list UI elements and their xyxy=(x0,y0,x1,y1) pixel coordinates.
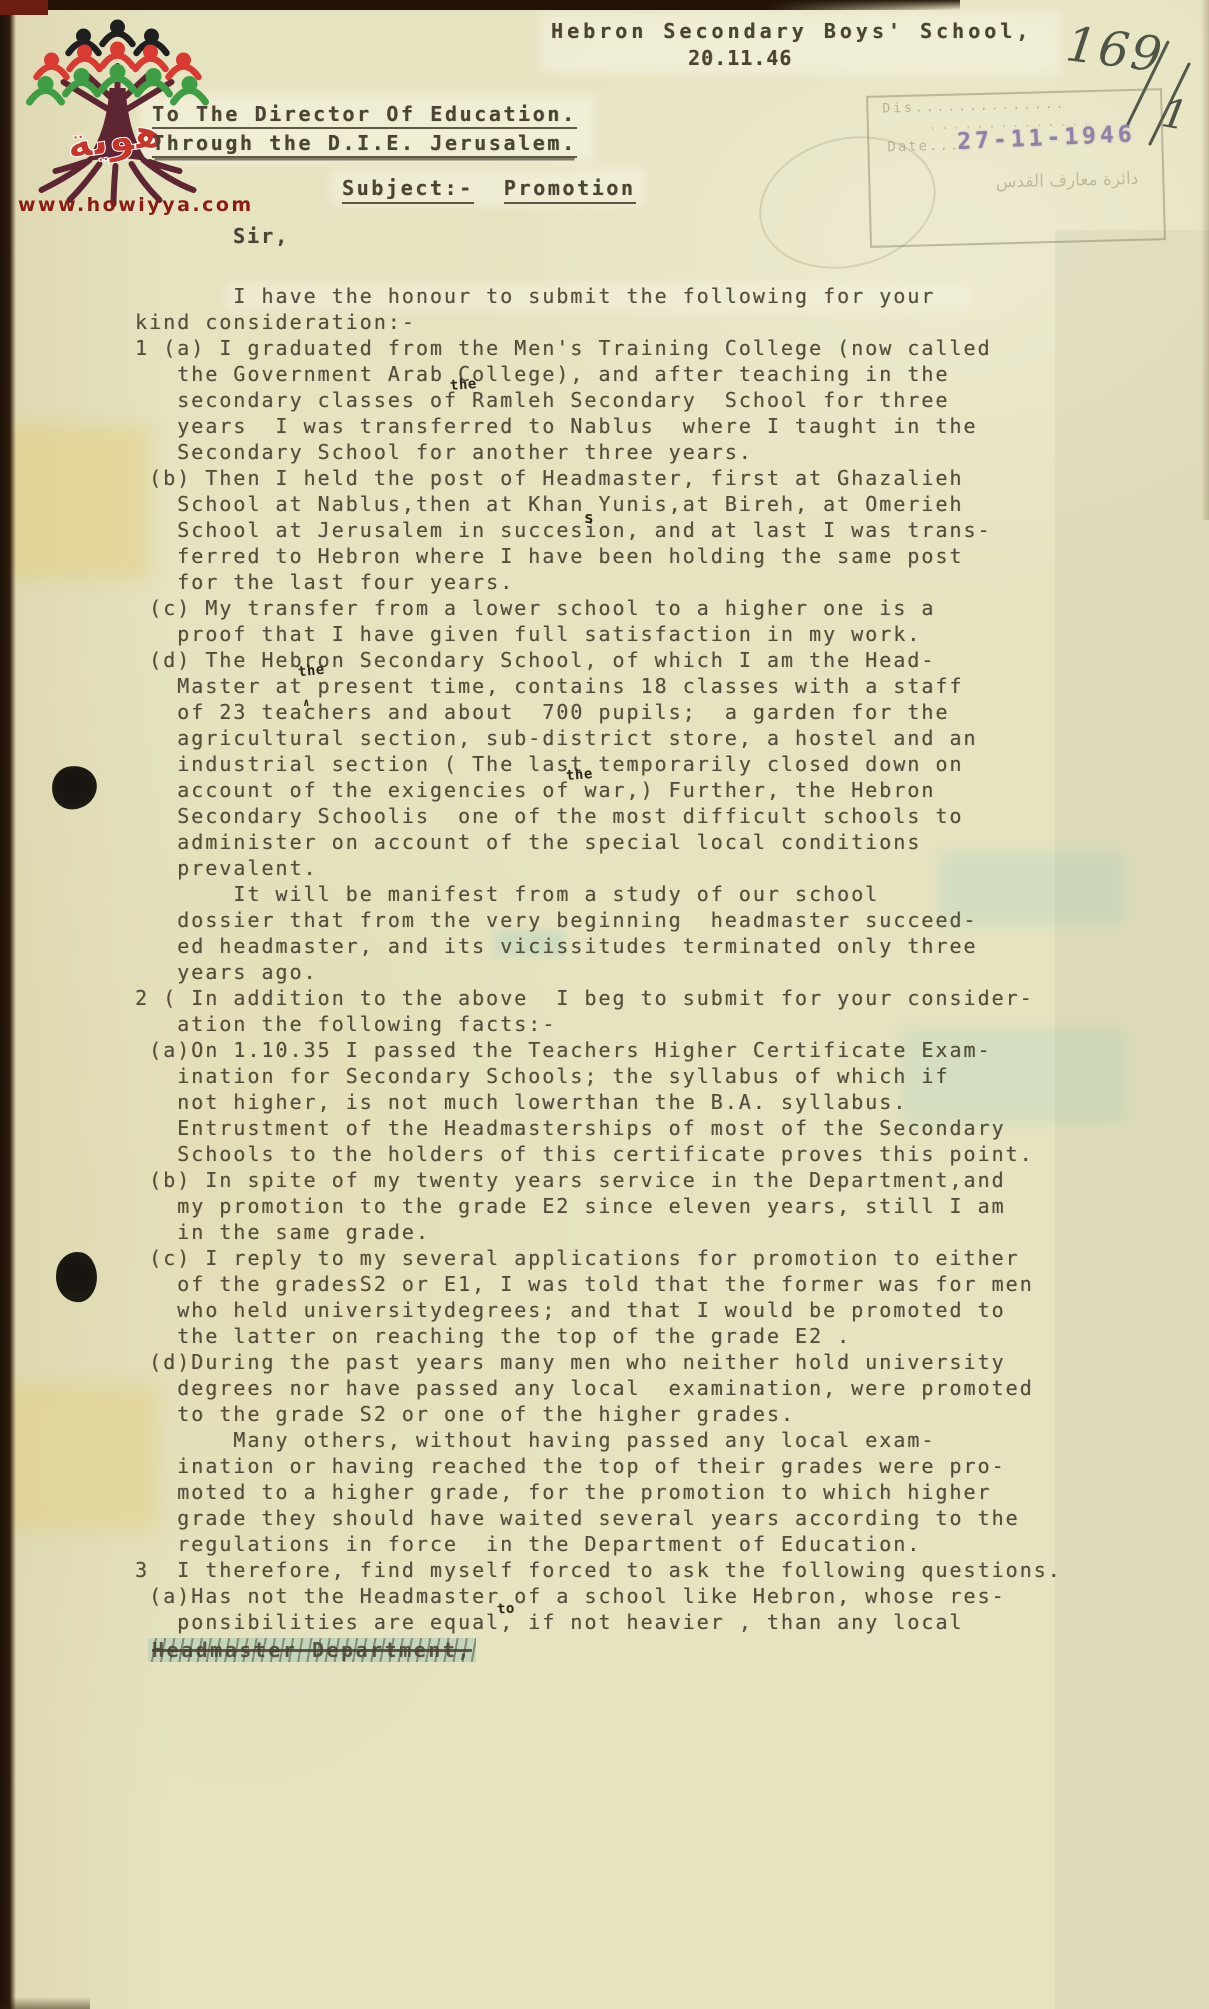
insertion-caret: ∧ xyxy=(303,696,310,709)
insertion-the-1: the xyxy=(449,376,477,394)
letter-body: I have the honour to submit the followin… xyxy=(135,283,1062,1635)
insertion-s: s xyxy=(584,508,594,527)
ink-blob xyxy=(49,763,100,812)
watermark-url: www.howiyya.com xyxy=(18,194,254,216)
address-line-2: Through the D.I.E. Jerusalem. xyxy=(152,131,577,158)
page-edge-top xyxy=(0,0,960,10)
salutation: Sir, xyxy=(233,224,289,248)
subject-value: Promotion xyxy=(504,176,636,204)
stamp-line: Dis.............. xyxy=(882,97,1066,117)
paper-stain xyxy=(0,425,150,580)
letter-date: 20.11.46 xyxy=(688,46,792,70)
struck-out-line: Headmaster Department, xyxy=(148,1638,476,1662)
stamp-arabic-line: دائرة معارف القدس xyxy=(888,169,1138,196)
received-stamp: Dis.............. .............. Date...… xyxy=(866,88,1166,248)
paper-shading xyxy=(1055,230,1209,2009)
insertion-the-3: the xyxy=(565,766,593,784)
page-edge-right xyxy=(1201,0,1209,520)
insertion-the-2: the xyxy=(297,662,325,681)
address-line-1: To The Director Of Education. xyxy=(152,102,577,129)
page-edge-left xyxy=(0,0,16,2009)
insertion-to: to xyxy=(497,1601,516,1618)
scanned-letter-page: هوية www.howiyya.com Hebron Secondary Bo… xyxy=(0,0,1209,2009)
page-edge-bottom xyxy=(0,1997,90,2009)
handwritten-ref-denominator: 1 xyxy=(1158,90,1191,140)
ink-blob xyxy=(54,1251,98,1304)
subject-label: Subject:- xyxy=(342,176,474,204)
subject-line: Subject:-Promotion xyxy=(342,176,636,200)
page-corner-mark xyxy=(0,0,48,15)
school-name: Hebron Secondary Boys' School, xyxy=(551,19,1032,43)
